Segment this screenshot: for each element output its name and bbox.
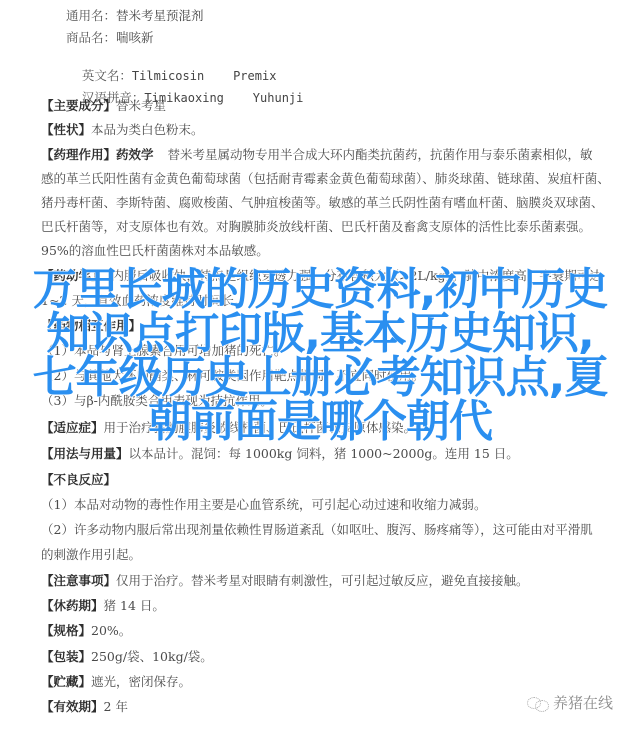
section-shelf-life: 【有效期】2 年 [41,699,128,715]
watermark: 养猪在线 [527,692,613,713]
section-packaging: 【包装】250g/袋、10kg/袋。 [41,649,213,665]
section-text: 250g/袋、10kg/袋。 [91,649,213,664]
section-dosage: 【用法与用量】以本品计。混饲：每 1000kg 饲料，猪 1000~2000g。… [41,446,519,462]
overlay-title-line-1: 万里长城的历史资料,初中历史 [0,268,640,312]
section-title: 【不良反应】 [41,472,116,487]
pharmacology-line-2: 感的革兰氏阳性菌有金黄色葡萄球菌（包括耐青霉素金黄色葡萄球菌）、肺炎球菌、链球菌… [41,171,611,187]
section-subtitle: 药效学 [116,147,154,162]
section-pharmacology: 【药理作用】药效学替米考星属动物专用半合成大环内酯类抗菌药，抗菌作用与泰乐菌素相… [41,147,593,163]
section-appearance: 【性状】本品为类白色粉末。 [41,122,204,138]
overlay-title: 万里长城的历史资料,初中历史 知识点打印版,基本历史知识, 七年级历史上册必考知… [0,268,640,444]
trade-name-value: 喘咳新 [116,30,154,45]
adverse-line-2: （2）许多动物内服后常出现剂量依赖性胃肠道紊乱（如呕吐、腹泻、肠疼痛等），这可能… [41,522,611,538]
wechat-icon [527,695,549,711]
section-text: 以本品计。混饲：每 1000kg 饲料，猪 1000~2000g。连用 15 日… [129,446,519,461]
section-title: 【用法与用量】 [41,446,129,461]
section-title: 【药理作用】 [41,147,116,162]
section-storage: 【贮藏】遮光，密闭保存。 [41,674,191,690]
section-precautions: 【注意事项】仅用于治疗。替米考星对眼睛有刺激性，可引起过敏反应，避免直接接触。 [41,573,529,589]
trade-name-label: 商品名： [66,30,116,45]
section-title: 【有效期】 [41,699,104,714]
section-ingredient: 【主要成分】替米考星 [41,98,166,114]
section-text: 遮光，密闭保存。 [91,674,191,689]
section-title: 【贮藏】 [41,674,91,689]
pinyin-value: Timikaoxing Yuhunji [144,91,303,105]
section-text: 仅用于治疗。替米考星对眼睛有刺激性，可引起过敏反应，避免直接接触。 [116,573,529,588]
generic-name-label: 通用名： [66,8,116,23]
section-text: 替米考星 [116,98,166,113]
overlay-title-line-3: 七年级历史上册必考知识点,夏 [0,356,640,400]
section-text: 2 年 [104,699,128,714]
generic-name-row: 通用名：替米考星预混剂 [66,8,204,24]
adverse-line-1: （1）本品对动物的毒性作用主要是心血管系统，可引起心动过速和收缩力减弱。 [41,497,611,513]
section-title: 【主要成分】 [41,98,116,113]
section-title: 【包装】 [41,649,91,664]
pharmacology-line-5: 95%的溶血性巴氏杆菌菌株对本品敏感。 [41,243,611,259]
pharmacology-line-3: 猪丹毒杆菌、李斯特菌、腐败梭菌、气肿疽梭菌等。敏感的革兰氏阴性菌有嗜血杆菌、脑膜… [41,195,611,211]
generic-name-value: 替米考星预混剂 [116,8,204,23]
section-withdrawal: 【休药期】猪 14 日。 [41,598,165,614]
section-title: 【性状】 [41,122,91,137]
overlay-title-line-2: 知识点打印版,基本历史知识, [0,312,640,356]
overlay-title-line-4: 朝前面是哪个朝代 [0,400,640,444]
section-specification: 【规格】20%。 [41,623,131,639]
section-text: 猪 14 日。 [104,598,165,613]
section-adverse: 【不良反应】 [41,472,116,488]
section-title: 【注意事项】 [41,573,116,588]
section-text: 20%。 [91,623,131,638]
watermark-text: 养猪在线 [553,692,613,713]
section-text: 本品为类白色粉末。 [91,122,204,137]
section-title: 【规格】 [41,623,91,638]
section-text: 替米考星属动物专用半合成大环内酯类抗菌药，抗菌作用与泰乐菌素相似，敏 [168,147,593,162]
adverse-line-3: 的刺激作用引起。 [41,547,611,563]
trade-name-row: 商品名：喘咳新 [66,30,154,46]
pharmacology-line-4: 巴氏杆菌等，对支原体也有效。对胸膜肺炎放线杆菌、巴氏杆菌及畜禽支原体的活性比泰乐… [41,219,611,235]
section-title: 【休药期】 [41,598,104,613]
